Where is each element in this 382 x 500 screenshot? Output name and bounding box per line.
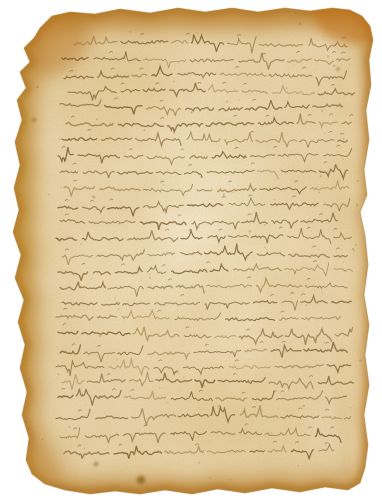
page-surface	[0, 0, 382, 500]
paper-grain	[0, 0, 382, 500]
scanned-manuscript	[0, 0, 382, 500]
manuscript-svg	[0, 0, 382, 500]
